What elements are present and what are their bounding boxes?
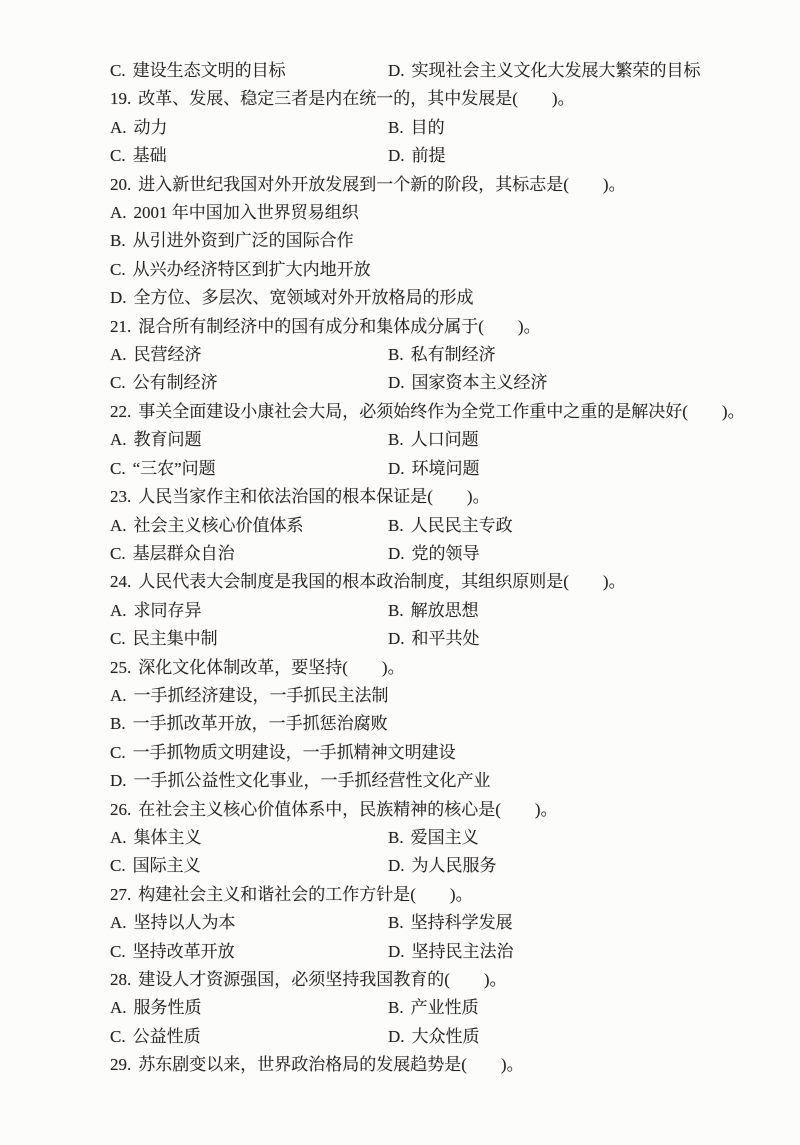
option-label: C. <box>110 629 126 648</box>
option-text: 民营经济 <box>134 345 202 364</box>
question-number: 25. <box>110 658 131 677</box>
option-label: B. <box>388 998 404 1017</box>
option-text: 建设生态文明的目标 <box>133 61 286 80</box>
option-label: C. <box>110 1027 126 1046</box>
option-text: 前提 <box>412 146 446 165</box>
answer-option: A.坚持以人为本 <box>110 909 388 937</box>
answer-option: C.民主集中制 <box>110 625 388 653</box>
question-number: 28. <box>110 970 131 989</box>
option-text: 公益性质 <box>133 1027 201 1046</box>
question-number: 29. <box>110 1055 131 1074</box>
option-label: C. <box>110 373 126 392</box>
option-label: D. <box>110 771 127 790</box>
question-stem-line: 29.苏东剧变以来，世界政治格局的发展趋势是( )。 <box>110 1051 770 1079</box>
option-label: D. <box>388 61 405 80</box>
answer-option: D.环境问题 <box>388 455 480 483</box>
option-label: D. <box>388 629 405 648</box>
option-text: 基础 <box>133 146 167 165</box>
options-row: D.一手抓公益性文化事业，一手抓经营性文化产业 <box>110 767 770 795</box>
option-label: C. <box>110 544 126 563</box>
answer-option: A.2001 年中国加入世界贸易组织 <box>110 199 359 227</box>
question-block: 21.混合所有制经济中的国有成分和集体成分属于( )。A.民营经济B.私有制经济… <box>110 313 770 398</box>
answer-option: B.从引进外资到广泛的国际合作 <box>110 227 354 255</box>
answer-option: C.公有制经济 <box>110 369 388 397</box>
question-stem: 深化文化体制改革，要坚持( )。 <box>138 658 404 677</box>
question-block: 20.进入新世纪我国对外开放发展到一个新的阶段，其标志是( )。A.2001 年… <box>110 171 770 313</box>
option-label: B. <box>388 828 404 847</box>
question-number: 20. <box>110 175 131 194</box>
options-row: C.基础D.前提 <box>110 142 770 170</box>
question-block: 29.苏东剧变以来，世界政治格局的发展趋势是( )。 <box>110 1051 770 1079</box>
options-row: B.从引进外资到广泛的国际合作 <box>110 227 770 255</box>
options-row: A.2001 年中国加入世界贸易组织 <box>110 199 770 227</box>
question-number: 22. <box>110 402 131 421</box>
option-text: 动力 <box>134 118 168 137</box>
option-label: B. <box>388 913 404 932</box>
option-label: D. <box>388 459 405 478</box>
question-block: 25.深化文化体制改革，要坚持( )。A.一手抓经济建设，一手抓民主法制B.一手… <box>110 654 770 796</box>
option-label: B. <box>388 345 404 364</box>
option-text: 国家资本主义经济 <box>412 373 548 392</box>
answer-option: A.社会主义核心价值体系 <box>110 512 388 540</box>
answer-option: B.爱国主义 <box>388 824 479 852</box>
option-text: 产业性质 <box>411 998 479 1017</box>
option-text: 实现社会主义文化大发展大繁荣的目标 <box>412 61 701 80</box>
option-label: C. <box>110 146 126 165</box>
answer-option: D.国家资本主义经济 <box>388 369 548 397</box>
option-text: 2001 年中国加入世界贸易组织 <box>134 203 359 222</box>
option-label: C. <box>110 856 126 875</box>
answer-option: D.一手抓公益性文化事业，一手抓经营性文化产业 <box>110 767 491 795</box>
question-stem-line: 23.人民当家作主和依法治国的根本保证是( )。 <box>110 483 770 511</box>
answer-option: D.为人民服务 <box>388 852 497 880</box>
question-block: 27.构建社会主义和谐社会的工作方针是( )。A.坚持以人为本B.坚持科学发展C… <box>110 881 770 966</box>
question-block: 22.事关全面建设小康社会大局，必须始终作为全党工作重中之重的是解决好( )。A… <box>110 398 770 483</box>
option-label: B. <box>388 118 404 137</box>
options-row: C.建设生态文明的目标D.实现社会主义文化大发展大繁荣的目标 <box>110 57 770 85</box>
question-number: 21. <box>110 317 131 336</box>
answer-option: D.实现社会主义文化大发展大繁荣的目标 <box>388 57 701 85</box>
option-label: A. <box>110 686 127 705</box>
question-number: 27. <box>110 885 131 904</box>
options-row: B.一手抓改革开放，一手抓惩治腐败 <box>110 710 770 738</box>
answer-option: A.动力 <box>110 114 388 142</box>
question-block: 19.改革、发展、稳定三者是内在统一的，其中发展是( )。A.动力B.目的C.基… <box>110 85 770 170</box>
answer-option: B.解放思想 <box>388 597 479 625</box>
answer-option: B.产业性质 <box>388 994 479 1022</box>
document-page: C.建设生态文明的目标D.实现社会主义文化大发展大繁荣的目标19.改革、发展、稳… <box>0 0 800 1145</box>
option-text: 一手抓物质文明建设，一手抓精神文明建设 <box>133 743 456 762</box>
option-label: A. <box>110 118 127 137</box>
question-block: 26.在社会主义核心价值体系中，民族精神的核心是( )。A.集体主义B.爱国主义… <box>110 796 770 881</box>
option-label: C. <box>110 459 126 478</box>
options-row: C.民主集中制D.和平共处 <box>110 625 770 653</box>
option-label: A. <box>110 913 127 932</box>
answer-option: D.和平共处 <box>388 625 480 653</box>
option-label: A. <box>110 828 127 847</box>
answer-option: C.国际主义 <box>110 852 388 880</box>
option-label: D. <box>388 942 405 961</box>
options-row: C.从兴办经济特区到扩大内地开放 <box>110 256 770 284</box>
option-text: 坚持改革开放 <box>133 942 235 961</box>
option-text: 环境问题 <box>412 459 480 478</box>
answer-option: A.求同存异 <box>110 597 388 625</box>
option-label: D. <box>388 1027 405 1046</box>
option-text: 爱国主义 <box>411 828 479 847</box>
option-text: 全方位、多层次、宽领域对外开放格局的形成 <box>134 288 474 307</box>
question-block: 24.人民代表大会制度是我国的根本政治制度，其组织原则是( )。A.求同存异B.… <box>110 568 770 653</box>
option-text: 坚持民主法治 <box>412 942 514 961</box>
answer-option: A.服务性质 <box>110 994 388 1022</box>
option-label: C. <box>110 61 126 80</box>
option-text: 公有制经济 <box>133 373 218 392</box>
option-label: B. <box>388 430 404 449</box>
option-label: D. <box>388 544 405 563</box>
question-block: 23.人民当家作主和依法治国的根本保证是( )。A.社会主义核心价值体系B.人民… <box>110 483 770 568</box>
question-stem: 改革、发展、稳定三者是内在统一的，其中发展是( )。 <box>138 89 574 108</box>
question-stem-line: 22.事关全面建设小康社会大局，必须始终作为全党工作重中之重的是解决好( )。 <box>110 398 770 426</box>
option-text: 和平共处 <box>412 629 480 648</box>
options-row: A.集体主义B.爱国主义 <box>110 824 770 852</box>
question-stem-line: 20.进入新世纪我国对外开放发展到一个新的阶段，其标志是( )。 <box>110 171 770 199</box>
option-label: D. <box>388 373 405 392</box>
option-label: D. <box>110 288 127 307</box>
answer-option: C.建设生态文明的目标 <box>110 57 388 85</box>
options-row: C.国际主义D.为人民服务 <box>110 852 770 880</box>
question-list: C.建设生态文明的目标D.实现社会主义文化大发展大繁荣的目标19.改革、发展、稳… <box>110 57 770 1080</box>
options-row: A.教育问题B.人口问题 <box>110 426 770 454</box>
answer-option: A.集体主义 <box>110 824 388 852</box>
options-row: C.基层群众自治D.党的领导 <box>110 540 770 568</box>
option-label: B. <box>388 516 404 535</box>
option-text: 一手抓经济建设，一手抓民主法制 <box>134 686 389 705</box>
question-number: 24. <box>110 572 131 591</box>
answer-option: C.基础 <box>110 142 388 170</box>
options-row: C.一手抓物质文明建设，一手抓精神文明建设 <box>110 739 770 767</box>
option-text: 大众性质 <box>412 1027 480 1046</box>
question-number: 26. <box>110 800 131 819</box>
options-row: A.服务性质B.产业性质 <box>110 994 770 1022</box>
options-row: A.社会主义核心价值体系B.人民民主专政 <box>110 512 770 540</box>
answer-option: A.一手抓经济建设，一手抓民主法制 <box>110 682 389 710</box>
option-label: A. <box>110 998 127 1017</box>
question-block: 28.建设人才资源强国，必须坚持我国教育的( )。A.服务性质B.产业性质C.公… <box>110 966 770 1051</box>
options-row: C.公有制经济D.国家资本主义经济 <box>110 369 770 397</box>
answer-option: B.坚持科学发展 <box>388 909 513 937</box>
options-row: A.一手抓经济建设，一手抓民主法制 <box>110 682 770 710</box>
option-label: C. <box>110 743 126 762</box>
option-text: 集体主义 <box>134 828 202 847</box>
option-text: 教育问题 <box>134 430 202 449</box>
option-text: 社会主义核心价值体系 <box>134 516 304 535</box>
options-row: A.求同存异B.解放思想 <box>110 597 770 625</box>
option-text: 求同存异 <box>134 601 202 620</box>
option-text: 一手抓改革开放，一手抓惩治腐败 <box>133 714 388 733</box>
option-text: 服务性质 <box>134 998 202 1017</box>
question-stem: 苏东剧变以来，世界政治格局的发展趋势是( )。 <box>138 1055 523 1074</box>
option-text: 一手抓公益性文化事业，一手抓经营性文化产业 <box>134 771 491 790</box>
option-text: 从引进外资到广泛的国际合作 <box>133 231 354 250</box>
option-label: C. <box>110 260 126 279</box>
option-text: 民主集中制 <box>133 629 218 648</box>
option-label: C. <box>110 942 126 961</box>
option-text: 人民民主专政 <box>411 516 513 535</box>
option-label: A. <box>110 203 127 222</box>
question-stem-line: 24.人民代表大会制度是我国的根本政治制度，其组织原则是( )。 <box>110 568 770 596</box>
option-text: 解放思想 <box>411 601 479 620</box>
question-stem: 事关全面建设小康社会大局，必须始终作为全党工作重中之重的是解决好( )。 <box>138 402 744 421</box>
options-row: A.民营经济B.私有制经济 <box>110 341 770 369</box>
answer-option: D.党的领导 <box>388 540 480 568</box>
option-text: 私有制经济 <box>411 345 496 364</box>
answer-option: B.目的 <box>388 114 445 142</box>
option-text: 坚持以人为本 <box>134 913 236 932</box>
answer-option: C.一手抓物质文明建设，一手抓精神文明建设 <box>110 739 456 767</box>
option-text: 国际主义 <box>133 856 201 875</box>
option-label: D. <box>388 146 405 165</box>
answer-option: C.公益性质 <box>110 1023 388 1051</box>
question-stem: 进入新世纪我国对外开放发展到一个新的阶段，其标志是( )。 <box>138 175 625 194</box>
question-stem-line: 28.建设人才资源强国，必须坚持我国教育的( )。 <box>110 966 770 994</box>
question-number: 23. <box>110 487 131 506</box>
answer-option: B.人民民主专政 <box>388 512 513 540</box>
answer-option: B.一手抓改革开放，一手抓惩治腐败 <box>110 710 388 738</box>
option-text: 坚持科学发展 <box>411 913 513 932</box>
option-label: A. <box>110 345 127 364</box>
option-label: B. <box>110 714 126 733</box>
options-row: C.公益性质D.大众性质 <box>110 1023 770 1051</box>
answer-option: B.人口问题 <box>388 426 479 454</box>
option-text: 基层群众自治 <box>133 544 235 563</box>
question-stem-line: 21.混合所有制经济中的国有成分和集体成分属于( )。 <box>110 313 770 341</box>
option-label: A. <box>110 516 127 535</box>
option-label: A. <box>110 601 127 620</box>
answer-option: D.大众性质 <box>388 1023 480 1051</box>
option-label: B. <box>388 601 404 620</box>
answer-option: C.坚持改革开放 <box>110 938 388 966</box>
question-stem: 建设人才资源强国，必须坚持我国教育的( )。 <box>138 970 506 989</box>
options-row: D.全方位、多层次、宽领域对外开放格局的形成 <box>110 284 770 312</box>
answer-option: A.民营经济 <box>110 341 388 369</box>
question-stem-line: 26.在社会主义核心价值体系中，民族精神的核心是( )。 <box>110 796 770 824</box>
options-row: A.动力B.目的 <box>110 114 770 142</box>
answer-option: C.从兴办经济特区到扩大内地开放 <box>110 256 371 284</box>
option-text: 从兴办经济特区到扩大内地开放 <box>133 260 371 279</box>
option-text: 党的领导 <box>412 544 480 563</box>
options-row: A.坚持以人为本B.坚持科学发展 <box>110 909 770 937</box>
answer-option: B.私有制经济 <box>388 341 496 369</box>
answer-option: D.前提 <box>388 142 446 170</box>
options-row: C.“三农”问题D.环境问题 <box>110 455 770 483</box>
answer-option: C.“三农”问题 <box>110 455 388 483</box>
question-stem: 在社会主义核心价值体系中，民族精神的核心是( )。 <box>138 800 557 819</box>
option-label: D. <box>388 856 405 875</box>
option-text: 目的 <box>411 118 445 137</box>
question-stem-line: 19.改革、发展、稳定三者是内在统一的，其中发展是( )。 <box>110 85 770 113</box>
option-text: “三农”问题 <box>133 459 216 478</box>
option-label: A. <box>110 430 127 449</box>
question-stem: 混合所有制经济中的国有成分和集体成分属于( )。 <box>138 317 540 336</box>
continuation-options-row: C.建设生态文明的目标D.实现社会主义文化大发展大繁荣的目标 <box>110 57 770 85</box>
option-text: 为人民服务 <box>412 856 497 875</box>
option-label: B. <box>110 231 126 250</box>
question-stem: 人民代表大会制度是我国的根本政治制度，其组织原则是( )。 <box>138 572 625 591</box>
answer-option: C.基层群众自治 <box>110 540 388 568</box>
option-text: 人口问题 <box>411 430 479 449</box>
question-stem: 构建社会主义和谐社会的工作方针是( )。 <box>138 885 472 904</box>
answer-option: D.坚持民主法治 <box>388 938 514 966</box>
options-row: C.坚持改革开放D.坚持民主法治 <box>110 938 770 966</box>
question-number: 19. <box>110 89 131 108</box>
question-stem: 人民当家作主和依法治国的根本保证是( )。 <box>138 487 489 506</box>
answer-option: A.教育问题 <box>110 426 388 454</box>
question-stem-line: 25.深化文化体制改革，要坚持( )。 <box>110 654 770 682</box>
answer-option: D.全方位、多层次、宽领域对外开放格局的形成 <box>110 284 474 312</box>
question-stem-line: 27.构建社会主义和谐社会的工作方针是( )。 <box>110 881 770 909</box>
